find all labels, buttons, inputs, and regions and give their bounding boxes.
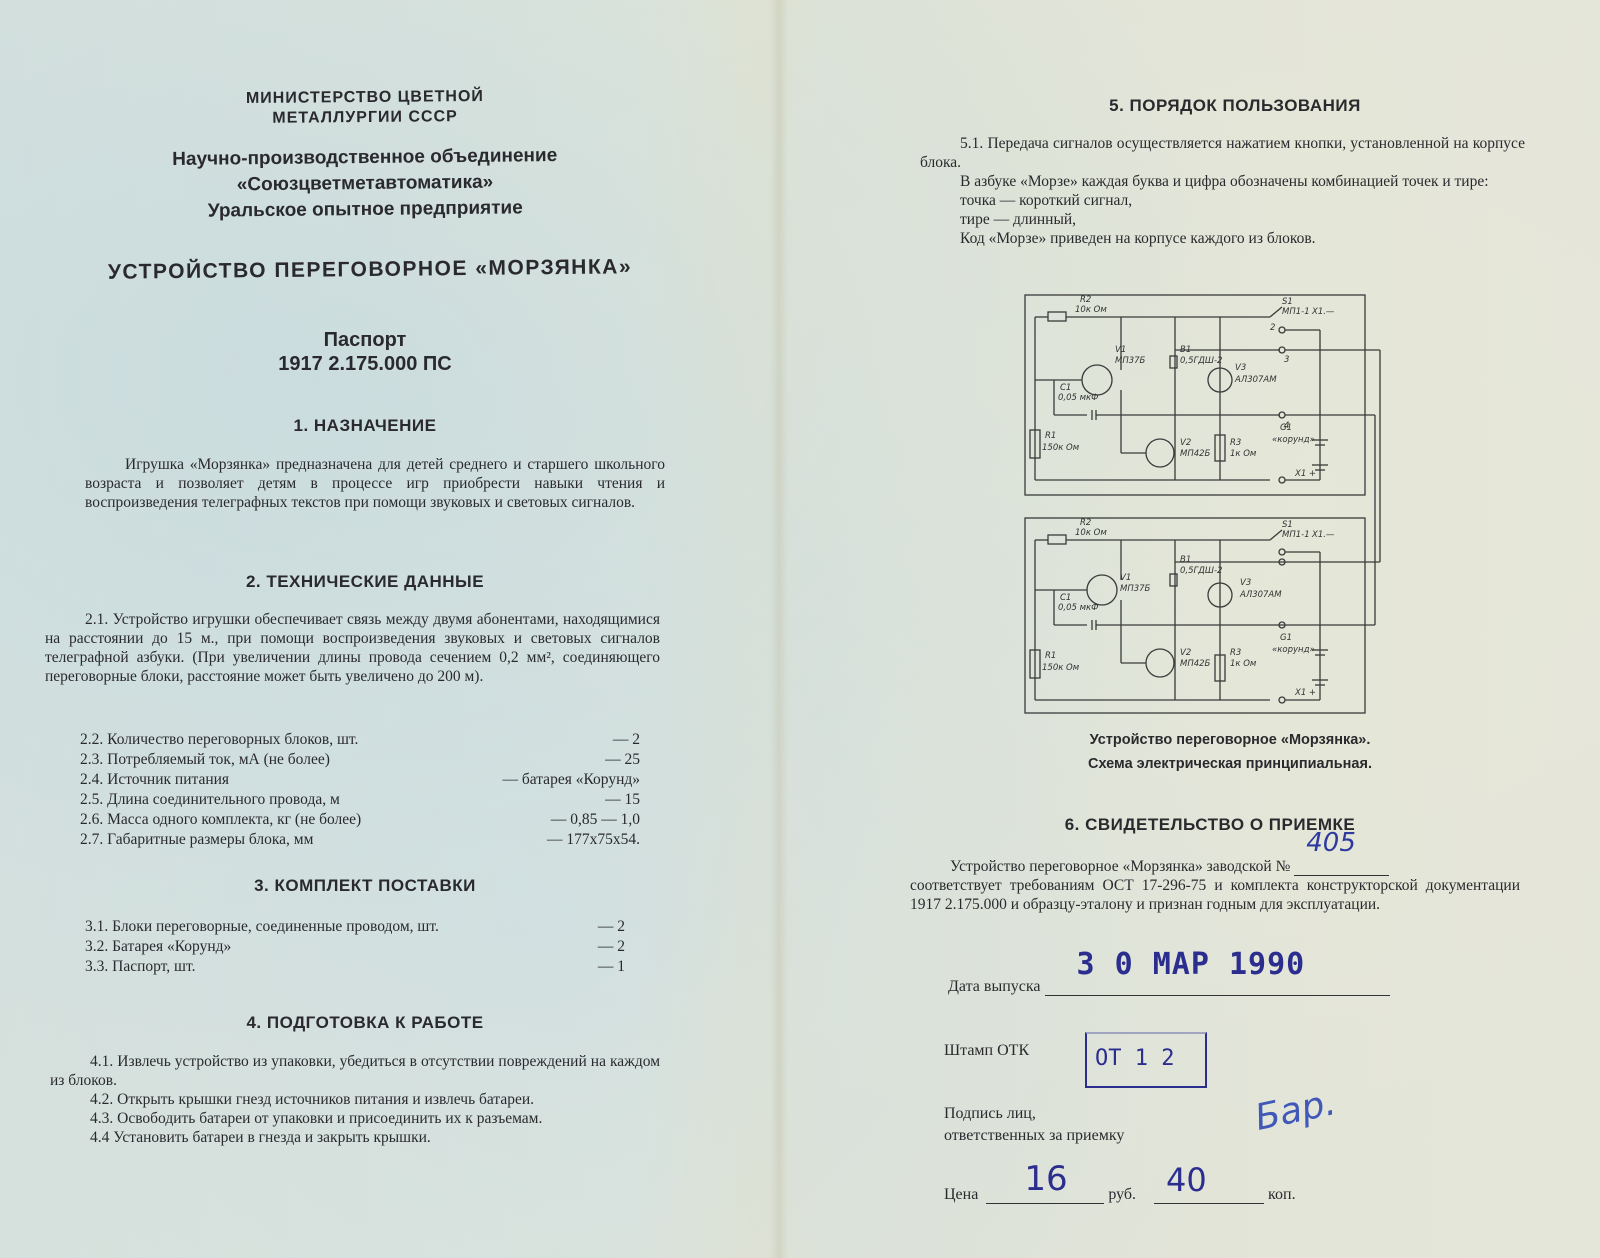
svg-text:«корунд»: «корунд» bbox=[1272, 645, 1315, 655]
serial-number-field: 405 bbox=[1294, 856, 1389, 876]
spec-row: 2.6. Масса одного комплекта, кг (не боле… bbox=[80, 810, 640, 830]
org-line-3: Уральское опытное предприятие bbox=[45, 194, 685, 227]
svg-text:B1: B1 bbox=[1180, 345, 1191, 355]
svg-text:R2: R2 bbox=[1080, 295, 1091, 305]
svg-text:«корунд»: «корунд» bbox=[1272, 435, 1315, 445]
spec-row: 2.7. Габаритные размеры блока, мм— 177x7… bbox=[80, 830, 640, 850]
price-kop-field: 40 bbox=[1154, 1185, 1264, 1204]
svg-text:X1.—: X1.— bbox=[1311, 307, 1335, 317]
spec-row: 2.3. Потребляемый ток, мА (не более)— 25 bbox=[80, 750, 640, 770]
release-date-stamp: 3 0 МАР 1990 bbox=[1077, 947, 1306, 982]
section-5-text: 5.1. Передача сигналов осуществляется на… bbox=[920, 134, 1525, 248]
svg-text:4: 4 bbox=[1284, 421, 1289, 431]
tech-specs-list: 2.2. Количество переговорных блоков, шт.… bbox=[80, 730, 640, 850]
svg-text:МП37Б: МП37Б bbox=[1115, 356, 1146, 366]
svg-text:0,05 мкФ: 0,05 мкФ bbox=[1058, 393, 1099, 403]
svg-text:10к Ом: 10к Ом bbox=[1075, 528, 1107, 538]
passport-number: 1917 2.175.000 ПС bbox=[45, 352, 685, 376]
svg-text:2: 2 bbox=[1270, 323, 1275, 333]
prep-step: 4.3. Освободить батареи от упаковки и пр… bbox=[50, 1109, 660, 1128]
kop-label: коп. bbox=[1268, 1186, 1296, 1203]
page-fold bbox=[770, 0, 788, 1258]
organization-block: Научно-производственное объединение «Сою… bbox=[45, 142, 686, 227]
svg-text:V3: V3 bbox=[1240, 578, 1251, 588]
svg-text:1к Ом: 1к Ом bbox=[1230, 659, 1257, 669]
price-rub-handwritten: 16 bbox=[1024, 1159, 1067, 1199]
svg-text:МП1-1: МП1-1 bbox=[1282, 307, 1310, 317]
svg-text:МП42Б: МП42Б bbox=[1180, 449, 1211, 459]
section-4-list: 4.1. Извлечь устройство из упаковки, убе… bbox=[50, 1052, 660, 1147]
section-3-title: 3. КОМПЛЕКТ ПОСТАВКИ bbox=[45, 876, 685, 896]
svg-text:V1: V1 bbox=[1120, 573, 1131, 583]
spec-row: 2.4. Источник питания— батарея «Корунд» bbox=[80, 770, 640, 790]
svg-text:V2: V2 bbox=[1180, 438, 1191, 448]
rub-label: руб. bbox=[1108, 1186, 1136, 1203]
circuit-schematic: R2 10к Ом V1 МП37Б B1 0,5ГДШ-2 V3 АЛ307А… bbox=[1020, 290, 1420, 720]
delivery-item: 3.3. Паспорт, шт.— 1 bbox=[85, 957, 625, 977]
signature-label-2: ответственных за приемку bbox=[944, 1125, 1124, 1147]
section-4-title: 4. ПОДГОТОВКА К РАБОТЕ bbox=[45, 1013, 685, 1033]
price-rub-field: 16 bbox=[986, 1185, 1104, 1204]
svg-text:10к Ом: 10к Ом bbox=[1075, 305, 1107, 315]
section-2-intro: 2.1. Устройство игрушки обеспечивает свя… bbox=[45, 610, 660, 686]
otk-stamp-text: ОТ 1 2 bbox=[1095, 1046, 1174, 1071]
svg-text:G1: G1 bbox=[1280, 633, 1292, 643]
svg-text:АЛ307АМ: АЛ307АМ bbox=[1234, 375, 1277, 385]
section-5-title: 5. ПОРЯДОК ПОЛЬЗОВАНИЯ bbox=[920, 96, 1550, 116]
device-title: УСТРОЙСТВО ПЕРЕГОВОРНОЕ «МОРЗЯНКА» bbox=[70, 255, 670, 285]
svg-text:R2: R2 bbox=[1080, 518, 1091, 528]
svg-text:АЛ307АМ: АЛ307АМ bbox=[1239, 590, 1282, 600]
svg-text:R1: R1 bbox=[1045, 431, 1056, 441]
svg-text:1к Ом: 1к Ом bbox=[1230, 449, 1257, 459]
signature-handwritten: Бар. bbox=[1252, 1082, 1340, 1139]
svg-text:X1.—: X1.— bbox=[1311, 530, 1335, 540]
otk-label: Штамп ОТК bbox=[944, 1042, 1029, 1059]
svg-text:S1: S1 bbox=[1282, 297, 1293, 307]
svg-text:МП37Б: МП37Б bbox=[1120, 584, 1151, 594]
signature-row: Подпись лиц, ответственных за приемку bbox=[944, 1103, 1124, 1147]
ministry-heading: МИНИСТЕРСТВО ЦВЕТНОЙ МЕТАЛЛУРГИИ СССР bbox=[45, 85, 685, 131]
price-label: Цена bbox=[944, 1186, 978, 1203]
svg-text:3: 3 bbox=[1284, 355, 1289, 365]
caption-line-2: Схема электрическая принципиальная. bbox=[970, 752, 1490, 776]
right-page: 5. ПОРЯДОК ПОЛЬЗОВАНИЯ 5.1. Передача сиг… bbox=[910, 0, 1540, 1258]
ministry-line-2: МЕТАЛЛУРГИИ СССР bbox=[45, 105, 685, 131]
spec-row: 2.2. Количество переговорных блоков, шт.… bbox=[80, 730, 640, 750]
svg-text:C1: C1 bbox=[1060, 383, 1071, 393]
section-6-title: 6. СВИДЕТЕЛЬСТВО О ПРИЕМКЕ bbox=[910, 815, 1510, 835]
svg-text:R3: R3 bbox=[1230, 648, 1241, 658]
svg-text:R1: R1 bbox=[1045, 651, 1056, 661]
svg-text:X1 +: X1 + bbox=[1294, 688, 1316, 698]
svg-text:R3: R3 bbox=[1230, 438, 1241, 448]
svg-text:V1: V1 bbox=[1115, 345, 1126, 355]
svg-text:V2: V2 bbox=[1180, 648, 1191, 658]
otk-stamp-box: ОТ 1 2 bbox=[1085, 1032, 1207, 1088]
svg-text:0,5ГДШ-2: 0,5ГДШ-2 bbox=[1180, 356, 1222, 366]
passport-label: Паспорт bbox=[45, 328, 685, 352]
svg-text:C1: C1 bbox=[1060, 593, 1071, 603]
svg-text:S1: S1 bbox=[1282, 520, 1293, 530]
svg-text:0,5ГДШ-2: 0,5ГДШ-2 bbox=[1180, 566, 1222, 576]
svg-text:МП1-1: МП1-1 bbox=[1282, 530, 1310, 540]
price-kop-handwritten: 40 bbox=[1166, 1161, 1207, 1199]
svg-text:0,05 мкФ: 0,05 мкФ bbox=[1058, 603, 1099, 613]
serial-number-handwritten: 405 bbox=[1306, 834, 1356, 853]
svg-text:B1: B1 bbox=[1180, 555, 1191, 565]
acceptance-text: Устройство переговорное «Морзянка» завод… bbox=[910, 856, 1520, 914]
prep-step: 4.2. Открыть крышки гнезд источников пит… bbox=[50, 1090, 660, 1109]
release-date-label: Дата выпуска bbox=[948, 978, 1041, 995]
delivery-set-list: 3.1. Блоки переговорные, соединенные про… bbox=[85, 917, 625, 977]
scanned-document: МИНИСТЕРСТВО ЦВЕТНОЙ МЕТАЛЛУРГИИ СССР На… bbox=[0, 0, 1600, 1258]
svg-text:X1 +: X1 + bbox=[1294, 469, 1316, 479]
signature-label-1: Подпись лиц, bbox=[944, 1103, 1124, 1125]
delivery-item: 3.2. Батарея «Корунд»— 2 bbox=[85, 937, 625, 957]
prep-step: 4.1. Извлечь устройство из упаковки, убе… bbox=[50, 1052, 660, 1090]
delivery-item: 3.1. Блоки переговорные, соединенные про… bbox=[85, 917, 625, 937]
svg-text:МП42Б: МП42Б bbox=[1180, 659, 1211, 669]
price-row: Цена 16 руб. 40 коп. bbox=[944, 1185, 1296, 1204]
svg-text:150к Ом: 150к Ом bbox=[1042, 663, 1080, 673]
passport-block: Паспорт 1917 2.175.000 ПС bbox=[45, 328, 685, 376]
spec-row: 2.5. Длина соединительного провода, м— 1… bbox=[80, 790, 640, 810]
otk-stamp-row: Штамп ОТК bbox=[944, 1042, 1029, 1060]
release-date-row: Дата выпуска 3 0 МАР 1990 bbox=[948, 975, 1390, 996]
schematic-caption: Устройство переговорное «Морзянка». Схем… bbox=[970, 728, 1490, 776]
release-date-field: 3 0 МАР 1990 bbox=[1045, 975, 1390, 996]
svg-text:150к Ом: 150к Ом bbox=[1042, 443, 1080, 453]
section-1-title: 1. НАЗНАЧЕНИЕ bbox=[45, 416, 685, 436]
left-page: МИНИСТЕРСТВО ЦВЕТНОЙ МЕТАЛЛУРГИИ СССР На… bbox=[45, 0, 685, 1258]
section-1-text: Игрушка «Морзянка» предназначена для дет… bbox=[85, 455, 665, 512]
svg-text:V3: V3 bbox=[1235, 363, 1246, 373]
prep-step: 4.4 Установить батареи в гнезда и закрыт… bbox=[50, 1128, 660, 1147]
section-2-title: 2. ТЕХНИЧЕСКИЕ ДАННЫЕ bbox=[45, 572, 685, 592]
caption-line-1: Устройство переговорное «Морзянка». bbox=[970, 728, 1490, 752]
